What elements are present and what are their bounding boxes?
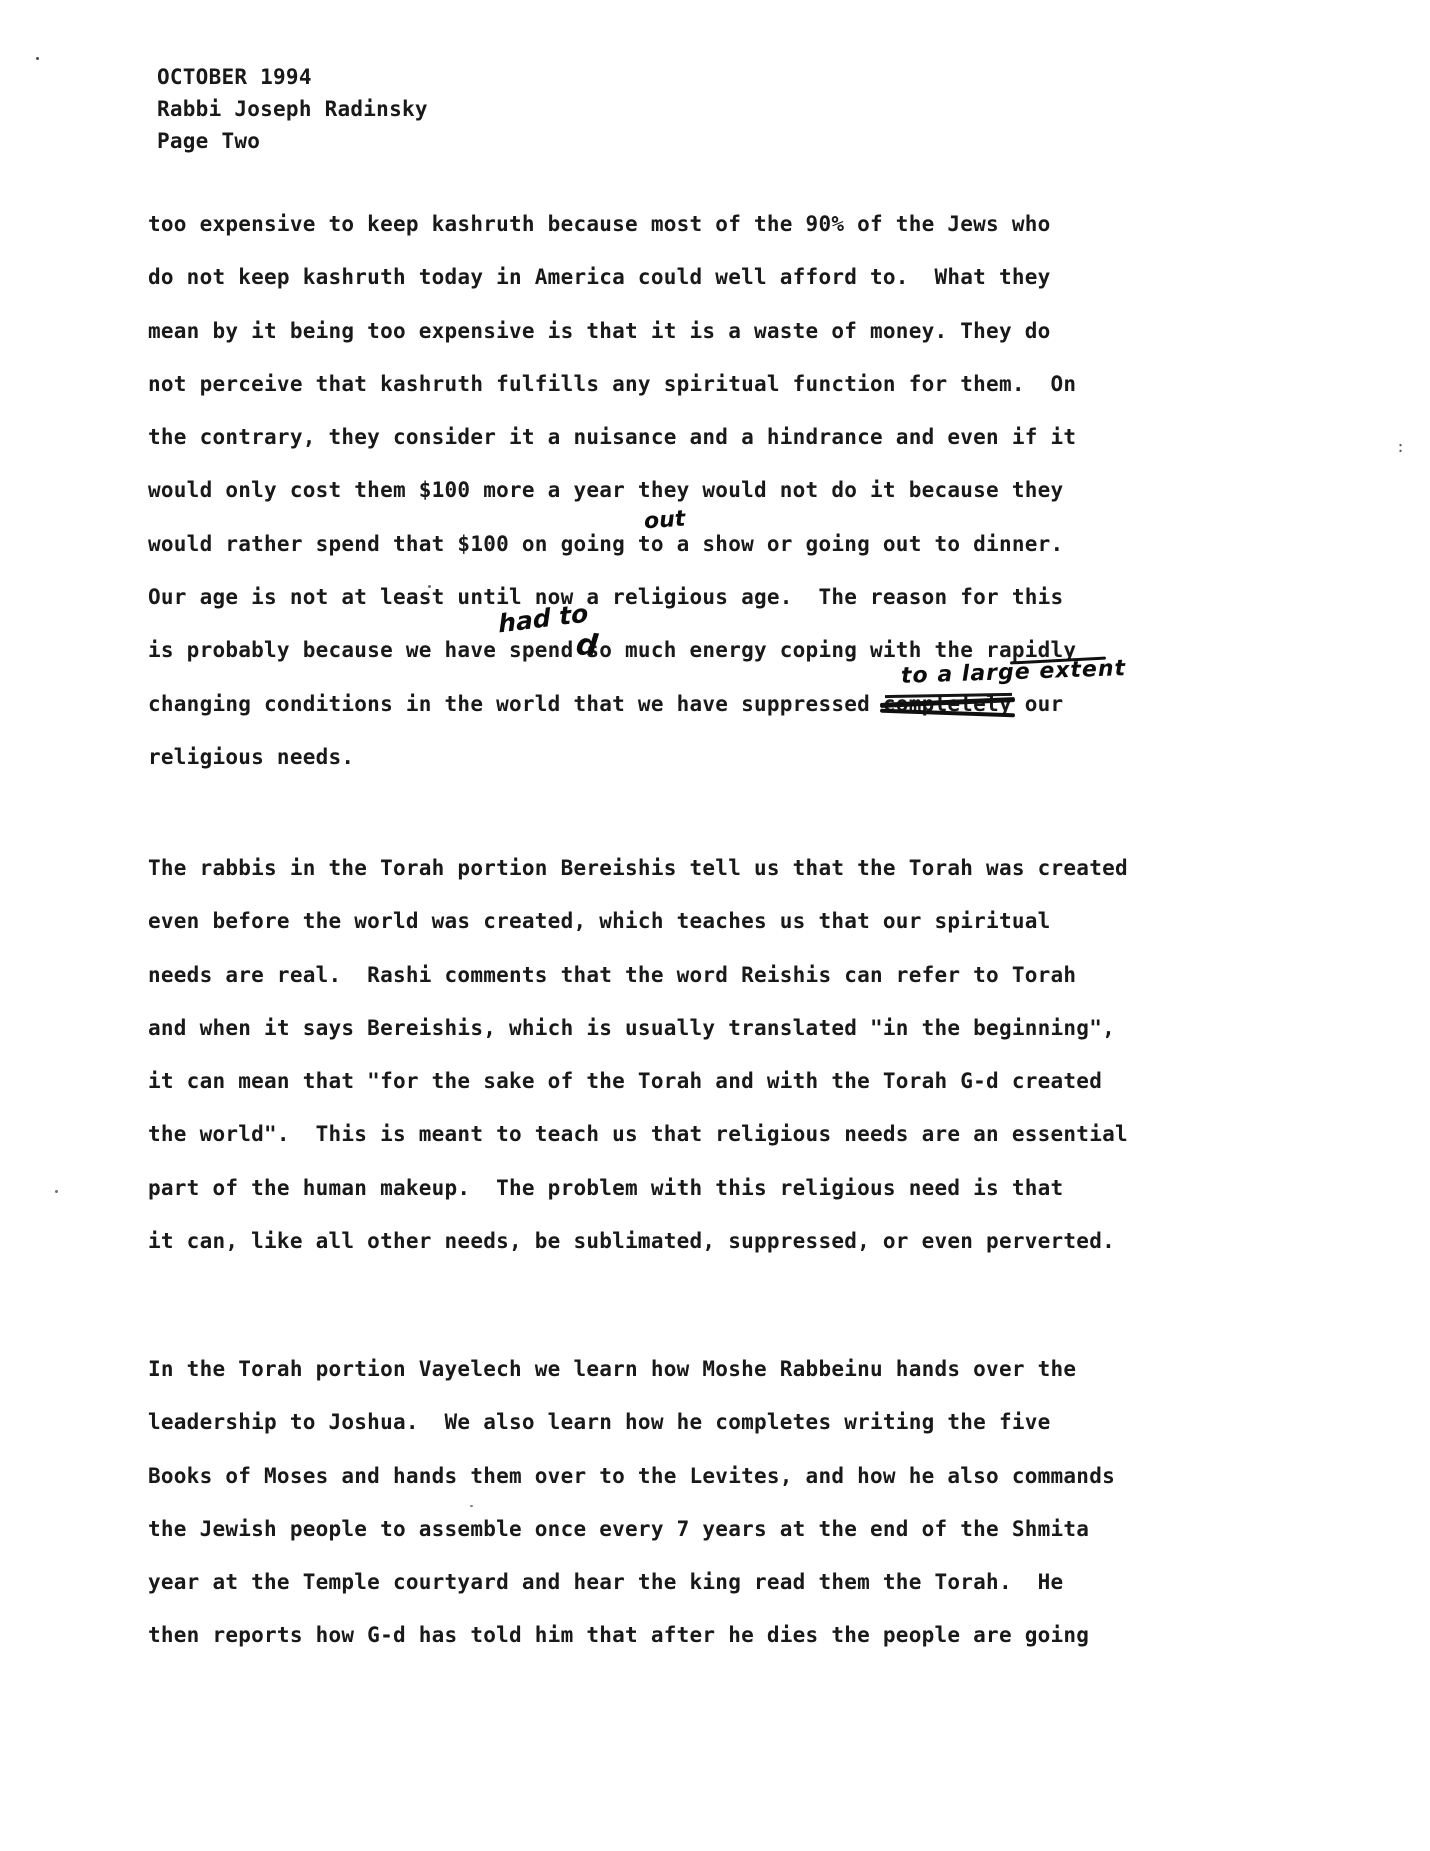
text-line: is probably because we have spend so muc… [148, 624, 1390, 677]
text-line: Our age is not at least until now a reli… [148, 571, 1390, 624]
text-segment: our [1012, 692, 1064, 716]
text-line: do not keep kashruth today in America co… [148, 251, 1390, 304]
text-line: even before the world was created, which… [148, 895, 1390, 948]
text-line: the world". This is meant to teach us th… [148, 1108, 1390, 1161]
paragraph-3: In the Torah portion Vayelech we learn h… [148, 1343, 1390, 1663]
text-line: part of the human makeup. The problem wi… [148, 1162, 1390, 1215]
text-line: Books of Moses and hands them over to th… [148, 1450, 1390, 1503]
text-line: In the Torah portion Vayelech we learn h… [148, 1343, 1390, 1396]
document-header: OCTOBER 1994 Rabbi Joseph Radinsky Page … [157, 61, 428, 157]
header-page-number: Page Two [157, 125, 428, 157]
handwritten-letter-over-spend: d [574, 627, 599, 664]
text-line: would rather spend that $100 on going to… [148, 518, 1390, 571]
handwritten-insertion-out: out [643, 507, 686, 535]
text-line: then reports how G-d has told him that a… [148, 1609, 1390, 1662]
scanned-document-page: OCTOBER 1994 Rabbi Joseph Radinsky Page … [0, 0, 1430, 1851]
text-line: not perceive that kashruth fulfills any … [148, 358, 1390, 411]
scan-speck [428, 585, 431, 588]
text-line: it can mean that "for the sake of the To… [148, 1055, 1390, 1108]
text-line: mean by it being too expensive is that i… [148, 305, 1390, 358]
text-line: the contrary, they consider it a nuisanc… [148, 411, 1390, 464]
text-line: leadership to Joshua. We also learn how … [148, 1396, 1390, 1449]
text-line: too expensive to keep kashruth because m… [148, 198, 1390, 251]
scan-speck [55, 1190, 58, 1193]
text-line: religious needs. [148, 731, 1390, 784]
text-line: would only cost them $100 more a year th… [148, 464, 1390, 517]
text-line: year at the Temple courtyard and hear th… [148, 1556, 1390, 1609]
header-date: OCTOBER 1994 [157, 61, 428, 93]
text-line: needs are real. Rashi comments that the … [148, 949, 1390, 1002]
scan-speck [36, 57, 39, 60]
scan-speck [470, 1505, 473, 1507]
paragraph-2: The rabbis in the Torah portion Bereishi… [148, 842, 1390, 1268]
paragraph-1: too expensive to keep kashruth because m… [148, 198, 1390, 784]
text-segment: changing conditions in the world that we… [148, 692, 883, 716]
text-line: the Jewish people to assemble once every… [148, 1503, 1390, 1556]
text-line: it can, like all other needs, be sublima… [148, 1215, 1390, 1268]
text-line-with-correction: changing conditions in the world that we… [148, 678, 1390, 731]
text-line: The rabbis in the Torah portion Bereishi… [148, 842, 1390, 895]
text-line: and when it says Bereishis, which is usu… [148, 1002, 1390, 1055]
scan-mark-colon: : [1396, 438, 1405, 456]
header-author: Rabbi Joseph Radinsky [157, 93, 428, 125]
